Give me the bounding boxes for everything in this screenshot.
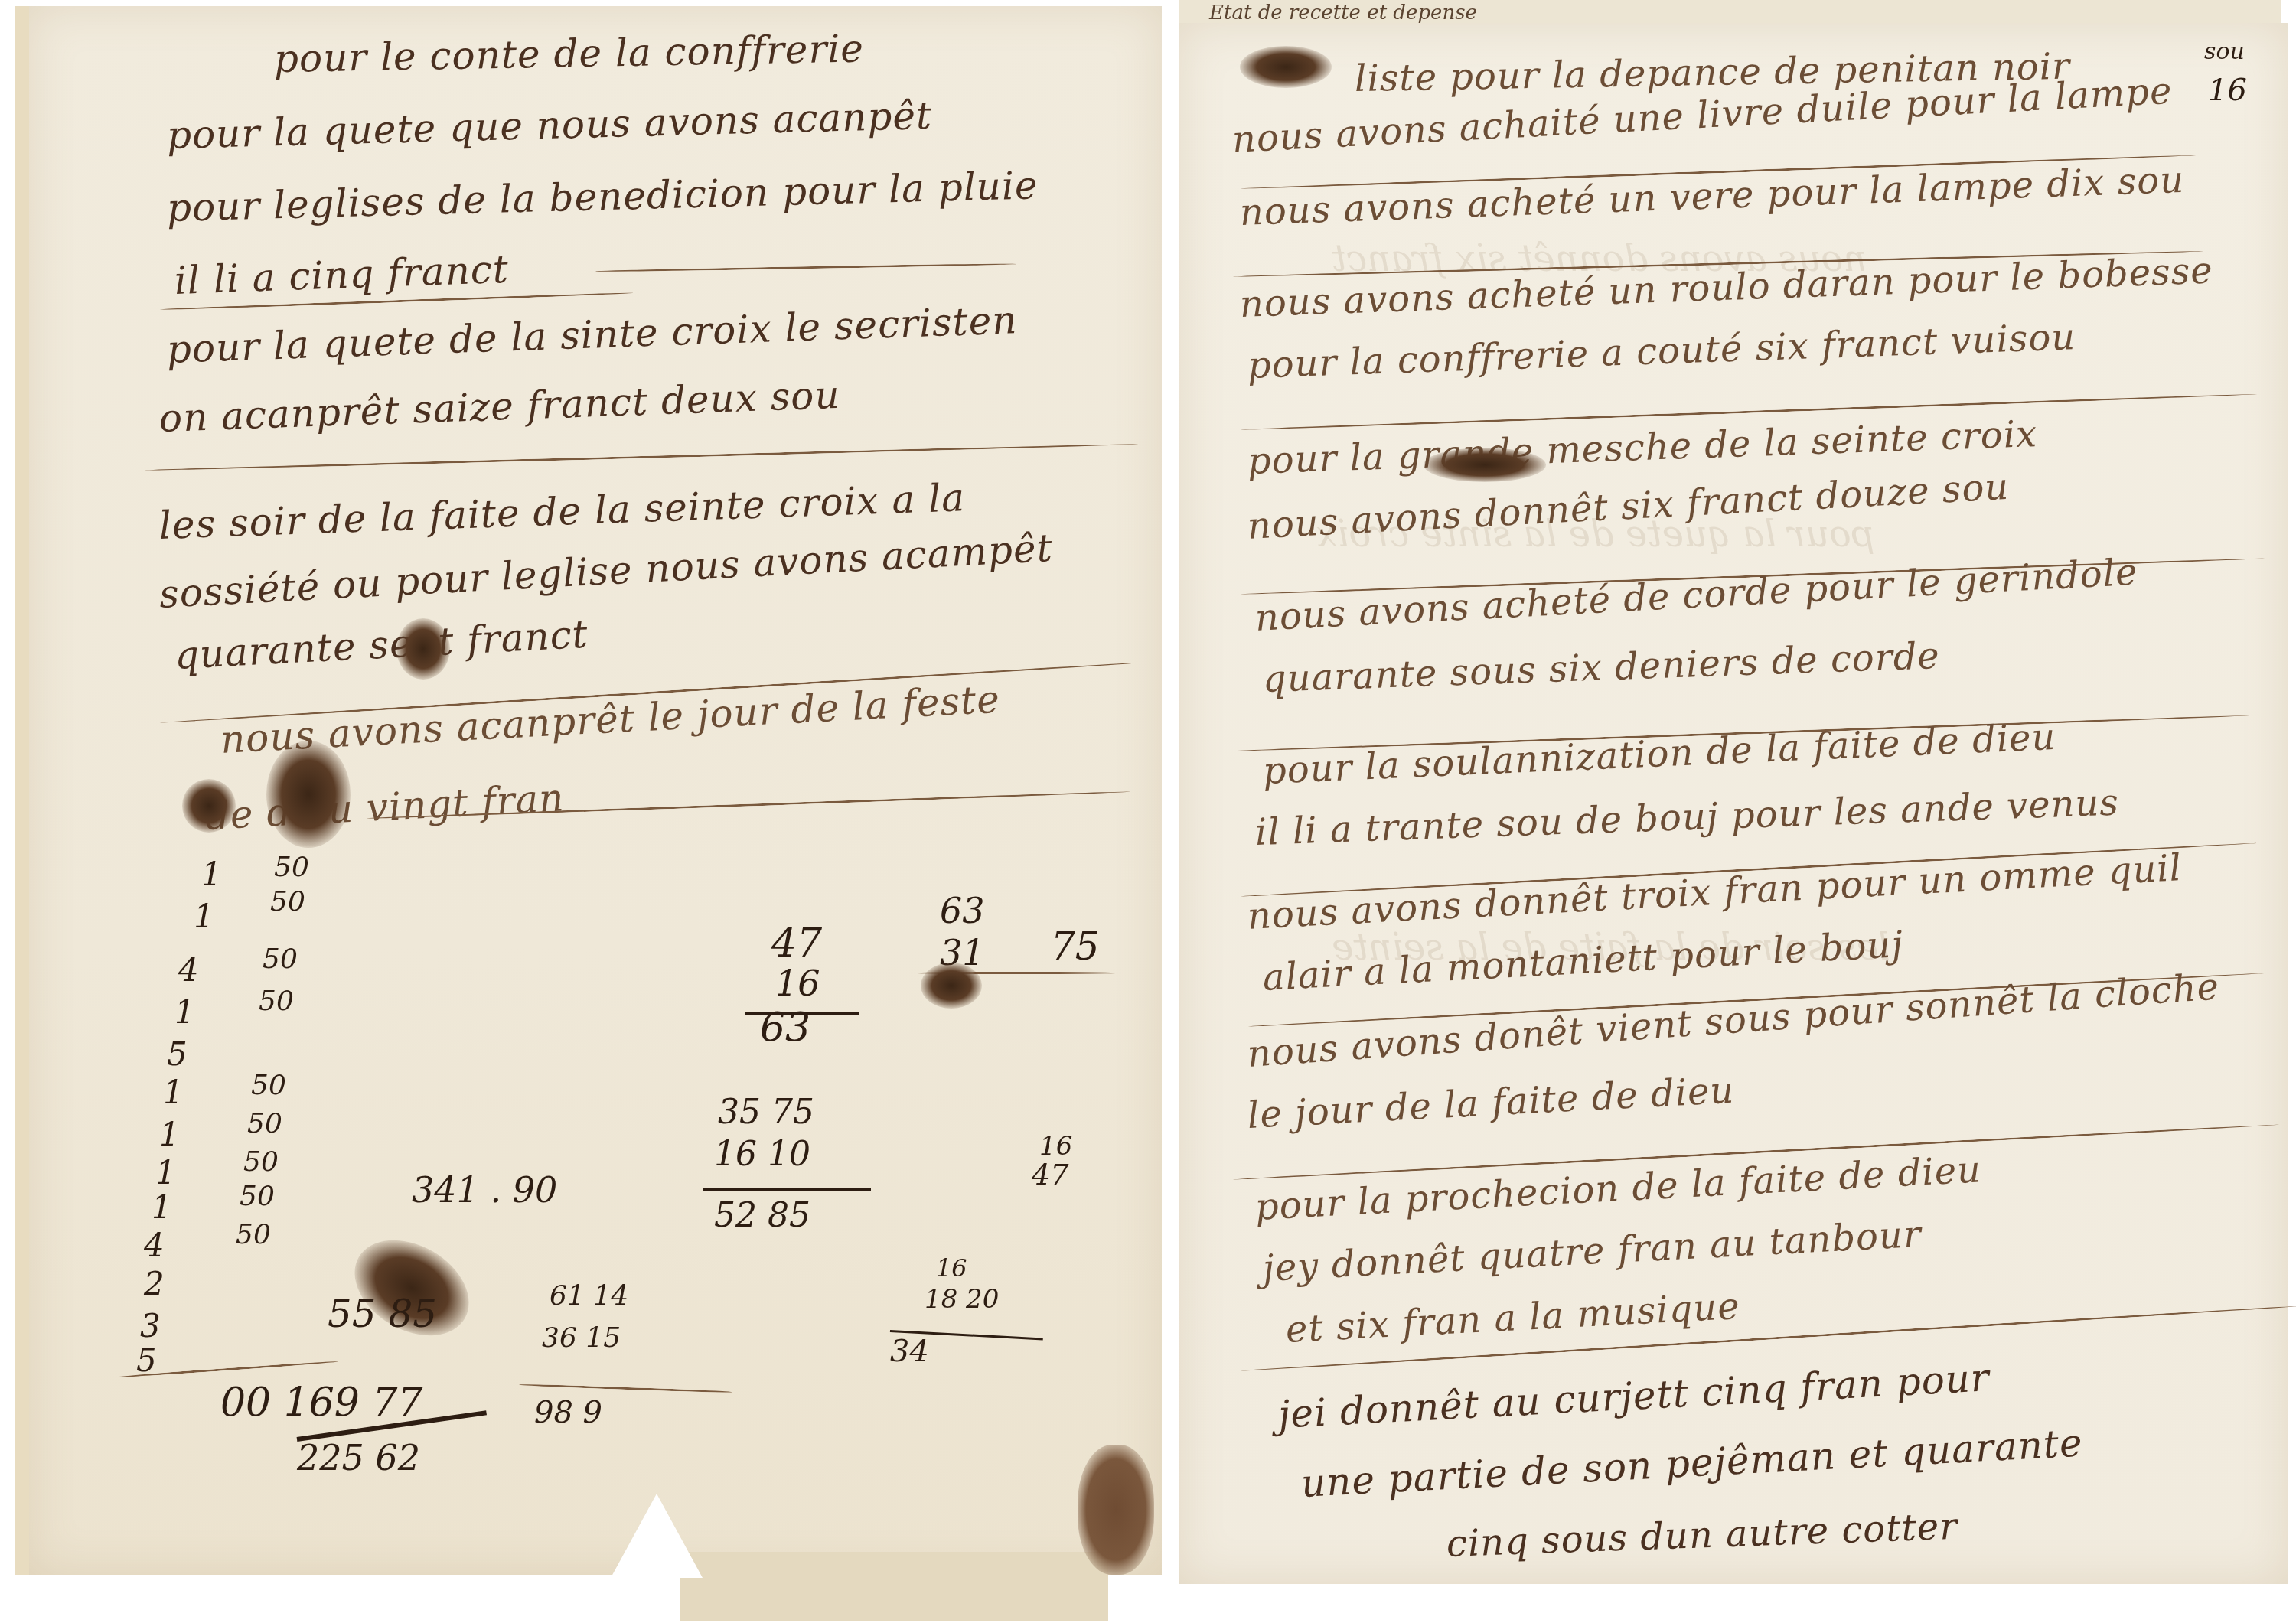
left-line: pour la quete que nous avons acanpêt <box>166 93 933 158</box>
left-line: de dieu vingt fran <box>204 775 565 839</box>
tally-count: 3 <box>140 1307 161 1344</box>
right-line: jey donnêt quatre fran au tanbour <box>1262 1213 1923 1290</box>
tally-count: 4 <box>144 1227 165 1264</box>
tally-count: 1 <box>201 855 222 893</box>
calc-h-result: 98 9 <box>534 1395 602 1430</box>
tally-count: 4 <box>178 951 199 989</box>
left-line: quarante sept franct <box>173 612 589 678</box>
right-line: cinq sous dun autre cotter <box>1446 1505 1958 1566</box>
margin-note-label: sou <box>2204 38 2245 65</box>
ink-stain <box>266 741 351 848</box>
left-line: pour leglises de la benedicion pour la p… <box>166 163 1039 230</box>
tally-count: 2 <box>144 1265 165 1302</box>
calc-g-line: 55 85 <box>328 1292 437 1336</box>
calc-g-subresult: 225 62 <box>297 1437 420 1478</box>
ink-blot <box>921 963 982 1009</box>
left-line: nous avons acanprêt le jour de la feste <box>219 677 1001 762</box>
divider-rule <box>595 262 1016 272</box>
margin-note-value: 16 <box>2208 73 2247 108</box>
sum-rule <box>519 1383 733 1393</box>
tally-value: 50 <box>240 1181 275 1212</box>
left-line: il li a cinq franct <box>174 247 510 303</box>
tally-count: 1 <box>155 1154 176 1191</box>
left-line: on acanprêt saize franct deux sou <box>158 373 841 441</box>
ink-blot <box>396 618 450 680</box>
tally-count: 1 <box>159 1116 180 1153</box>
left-line: pour la quete de la sinte croix le secri… <box>166 298 1018 372</box>
tally-value: 50 <box>251 1070 286 1101</box>
calc-g-result: 00 169 77 <box>220 1380 423 1426</box>
calc-a-line: 16 <box>775 963 820 1004</box>
sum-rule <box>703 1188 871 1191</box>
calc-b-line: 63 <box>940 890 985 931</box>
ink-strikeout <box>1424 448 1546 482</box>
calc-d-line: 16 <box>1039 1131 1072 1162</box>
underlying-leaf <box>680 1552 1108 1621</box>
divider-rule <box>144 443 1139 471</box>
right-page: nous avons donnêt six franct pour la que… <box>1179 23 2288 1584</box>
calc-c-result: 52 85 <box>714 1196 810 1235</box>
right-line: et six fran a la musique <box>1285 1285 1741 1351</box>
right-line: pour la soulannization de la faite de di… <box>1262 715 2057 793</box>
top-strip-heading: Etat de recette et depense <box>1209 2 1477 24</box>
calc-c-line: 35 75 <box>718 1093 814 1132</box>
tally-value: 50 <box>243 1146 279 1178</box>
right-line: le jour de la faite de dieu <box>1247 1069 1736 1137</box>
ink-stain <box>182 779 236 833</box>
calc-h-line: 61 14 <box>550 1280 628 1312</box>
calc-d-line: 47 <box>1032 1158 1068 1191</box>
tally-value: 50 <box>270 886 305 917</box>
tally-value: 50 <box>247 1108 282 1139</box>
tally-count: 1 <box>152 1188 172 1226</box>
right-line: il li a trante sou de bouj pour les ande… <box>1254 781 2120 854</box>
right-line: nous avons acheté de corde pour le gerin… <box>1254 551 2139 640</box>
right-line: nous avons donnêt troix fran pour un omm… <box>1247 846 2183 938</box>
right-line: pour la conffrerie a couté six franct vu… <box>1247 315 2076 387</box>
calc-h-line: 36 15 <box>542 1322 621 1354</box>
tally-count: 1 <box>163 1074 184 1111</box>
calc-total-341: 341 . 90 <box>412 1169 557 1211</box>
left-page: pour le conte de la conffrerie pour la q… <box>15 6 1162 1575</box>
tally-value: 50 <box>274 852 309 883</box>
calc-e-result: 34 <box>890 1334 929 1369</box>
tally-value: 50 <box>259 986 294 1017</box>
calc-e-line: 16 <box>936 1253 967 1282</box>
calc-b-side: 75 <box>1051 924 1100 969</box>
ink-blot <box>1240 46 1332 88</box>
calc-a-result: 63 <box>760 1005 810 1051</box>
tally-count: 5 <box>167 1035 188 1073</box>
calc-e-line: 18 20 <box>925 1284 999 1315</box>
right-line: jei donnêt au curjett cinq fran pour <box>1277 1355 1991 1437</box>
tally-count: 1 <box>194 898 214 935</box>
left-heading: pour le conte de la conffrerie <box>273 27 864 81</box>
water-stain <box>1078 1445 1154 1575</box>
right-line: une partie de son pejêman et quarante <box>1300 1421 2083 1506</box>
tally-value: 50 <box>263 943 298 975</box>
tally-count: 1 <box>174 993 195 1031</box>
tally-value: 50 <box>236 1219 271 1250</box>
calc-a-line: 47 <box>771 921 822 966</box>
right-line: nous avons acheté un vere pour la lampe … <box>1239 158 2185 234</box>
right-line: quarante sous six deniers de corde <box>1262 634 1941 701</box>
calc-c-line: 16 10 <box>714 1135 810 1174</box>
page-tear <box>611 1494 703 1578</box>
